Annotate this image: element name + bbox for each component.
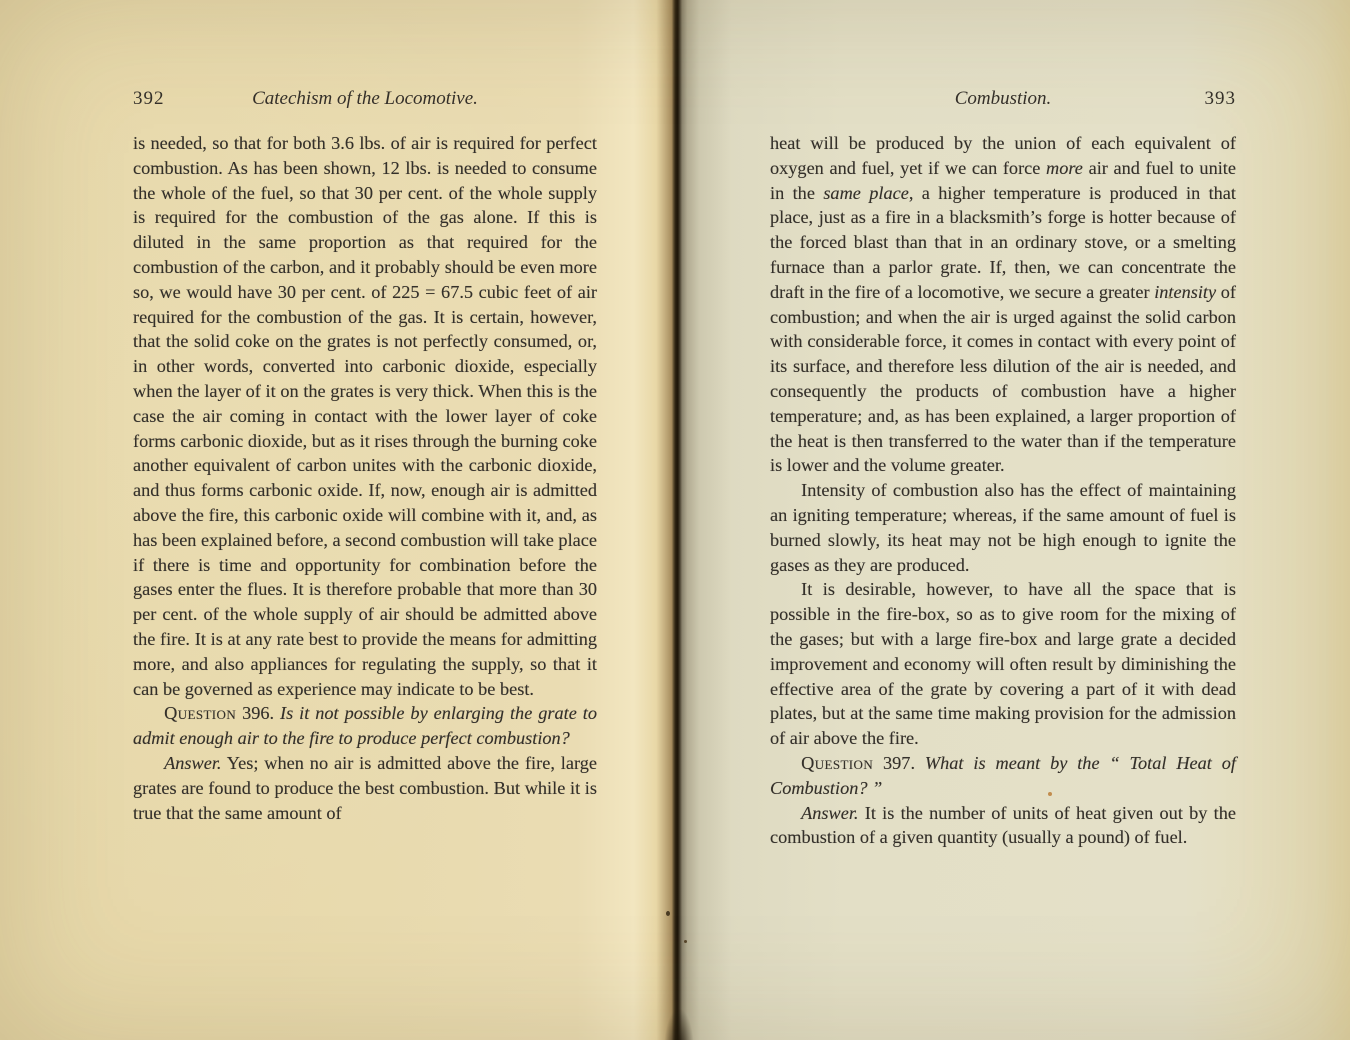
book-scan: 392 Catechism of the Locomotive. is need…: [0, 0, 1350, 1040]
text-run: more: [1046, 158, 1083, 178]
right-page: Combustion. 393 heat will be produced by…: [678, 0, 1350, 1040]
text-run: Intensity of combustion also has the eff…: [770, 480, 1236, 574]
text-run: Answer.: [164, 753, 221, 773]
left-running-title: Catechism of the Locomotive.: [133, 88, 597, 110]
gutter-foot-shadow: [664, 1008, 694, 1040]
paragraph: Intensity of combustion also has the eff…: [770, 478, 1236, 577]
text-run: Question: [801, 753, 873, 773]
paragraph: Answer. Yes; when no air is admitted abo…: [133, 751, 597, 825]
text-run: 396.: [236, 703, 280, 723]
left-page-body: is needed, so that for both 3.6 lbs. of …: [133, 131, 597, 825]
text-run: of combustion; and when the air is urged…: [770, 282, 1236, 476]
paragraph: is needed, so that for both 3.6 lbs. of …: [133, 131, 597, 701]
text-run: same place: [823, 183, 909, 203]
paragraph: Answer. It is the number of units of hea…: [770, 801, 1236, 851]
paragraph: It is desirable, however, to have all th…: [770, 577, 1236, 751]
text-run: Answer.: [801, 803, 858, 823]
text-run: is needed, so that for both 3.6 lbs. of …: [133, 133, 597, 699]
paragraph: Question 396. Is it not possible by enla…: [133, 701, 597, 751]
paragraph: heat will be produced by the union of ea…: [770, 131, 1236, 478]
text-run: 397.: [873, 753, 925, 773]
left-running-head: 392 Catechism of the Locomotive.: [133, 88, 597, 114]
right-running-title: Combustion.: [770, 88, 1236, 110]
text-run: intensity: [1154, 282, 1216, 302]
gutter-shadow: [672, 0, 682, 1040]
left-page: 392 Catechism of the Locomotive. is need…: [0, 0, 678, 1040]
right-running-head: Combustion. 393: [770, 88, 1236, 114]
left-page-number: 392: [133, 88, 165, 110]
paragraph: Question 397. What is meant by the “ Tot…: [770, 751, 1236, 801]
right-page-number: 393: [1205, 88, 1237, 110]
right-page-body: heat will be produced by the union of ea…: [770, 131, 1236, 850]
text-run: It is desirable, however, to have all th…: [770, 579, 1236, 748]
text-run: Question: [164, 703, 236, 723]
